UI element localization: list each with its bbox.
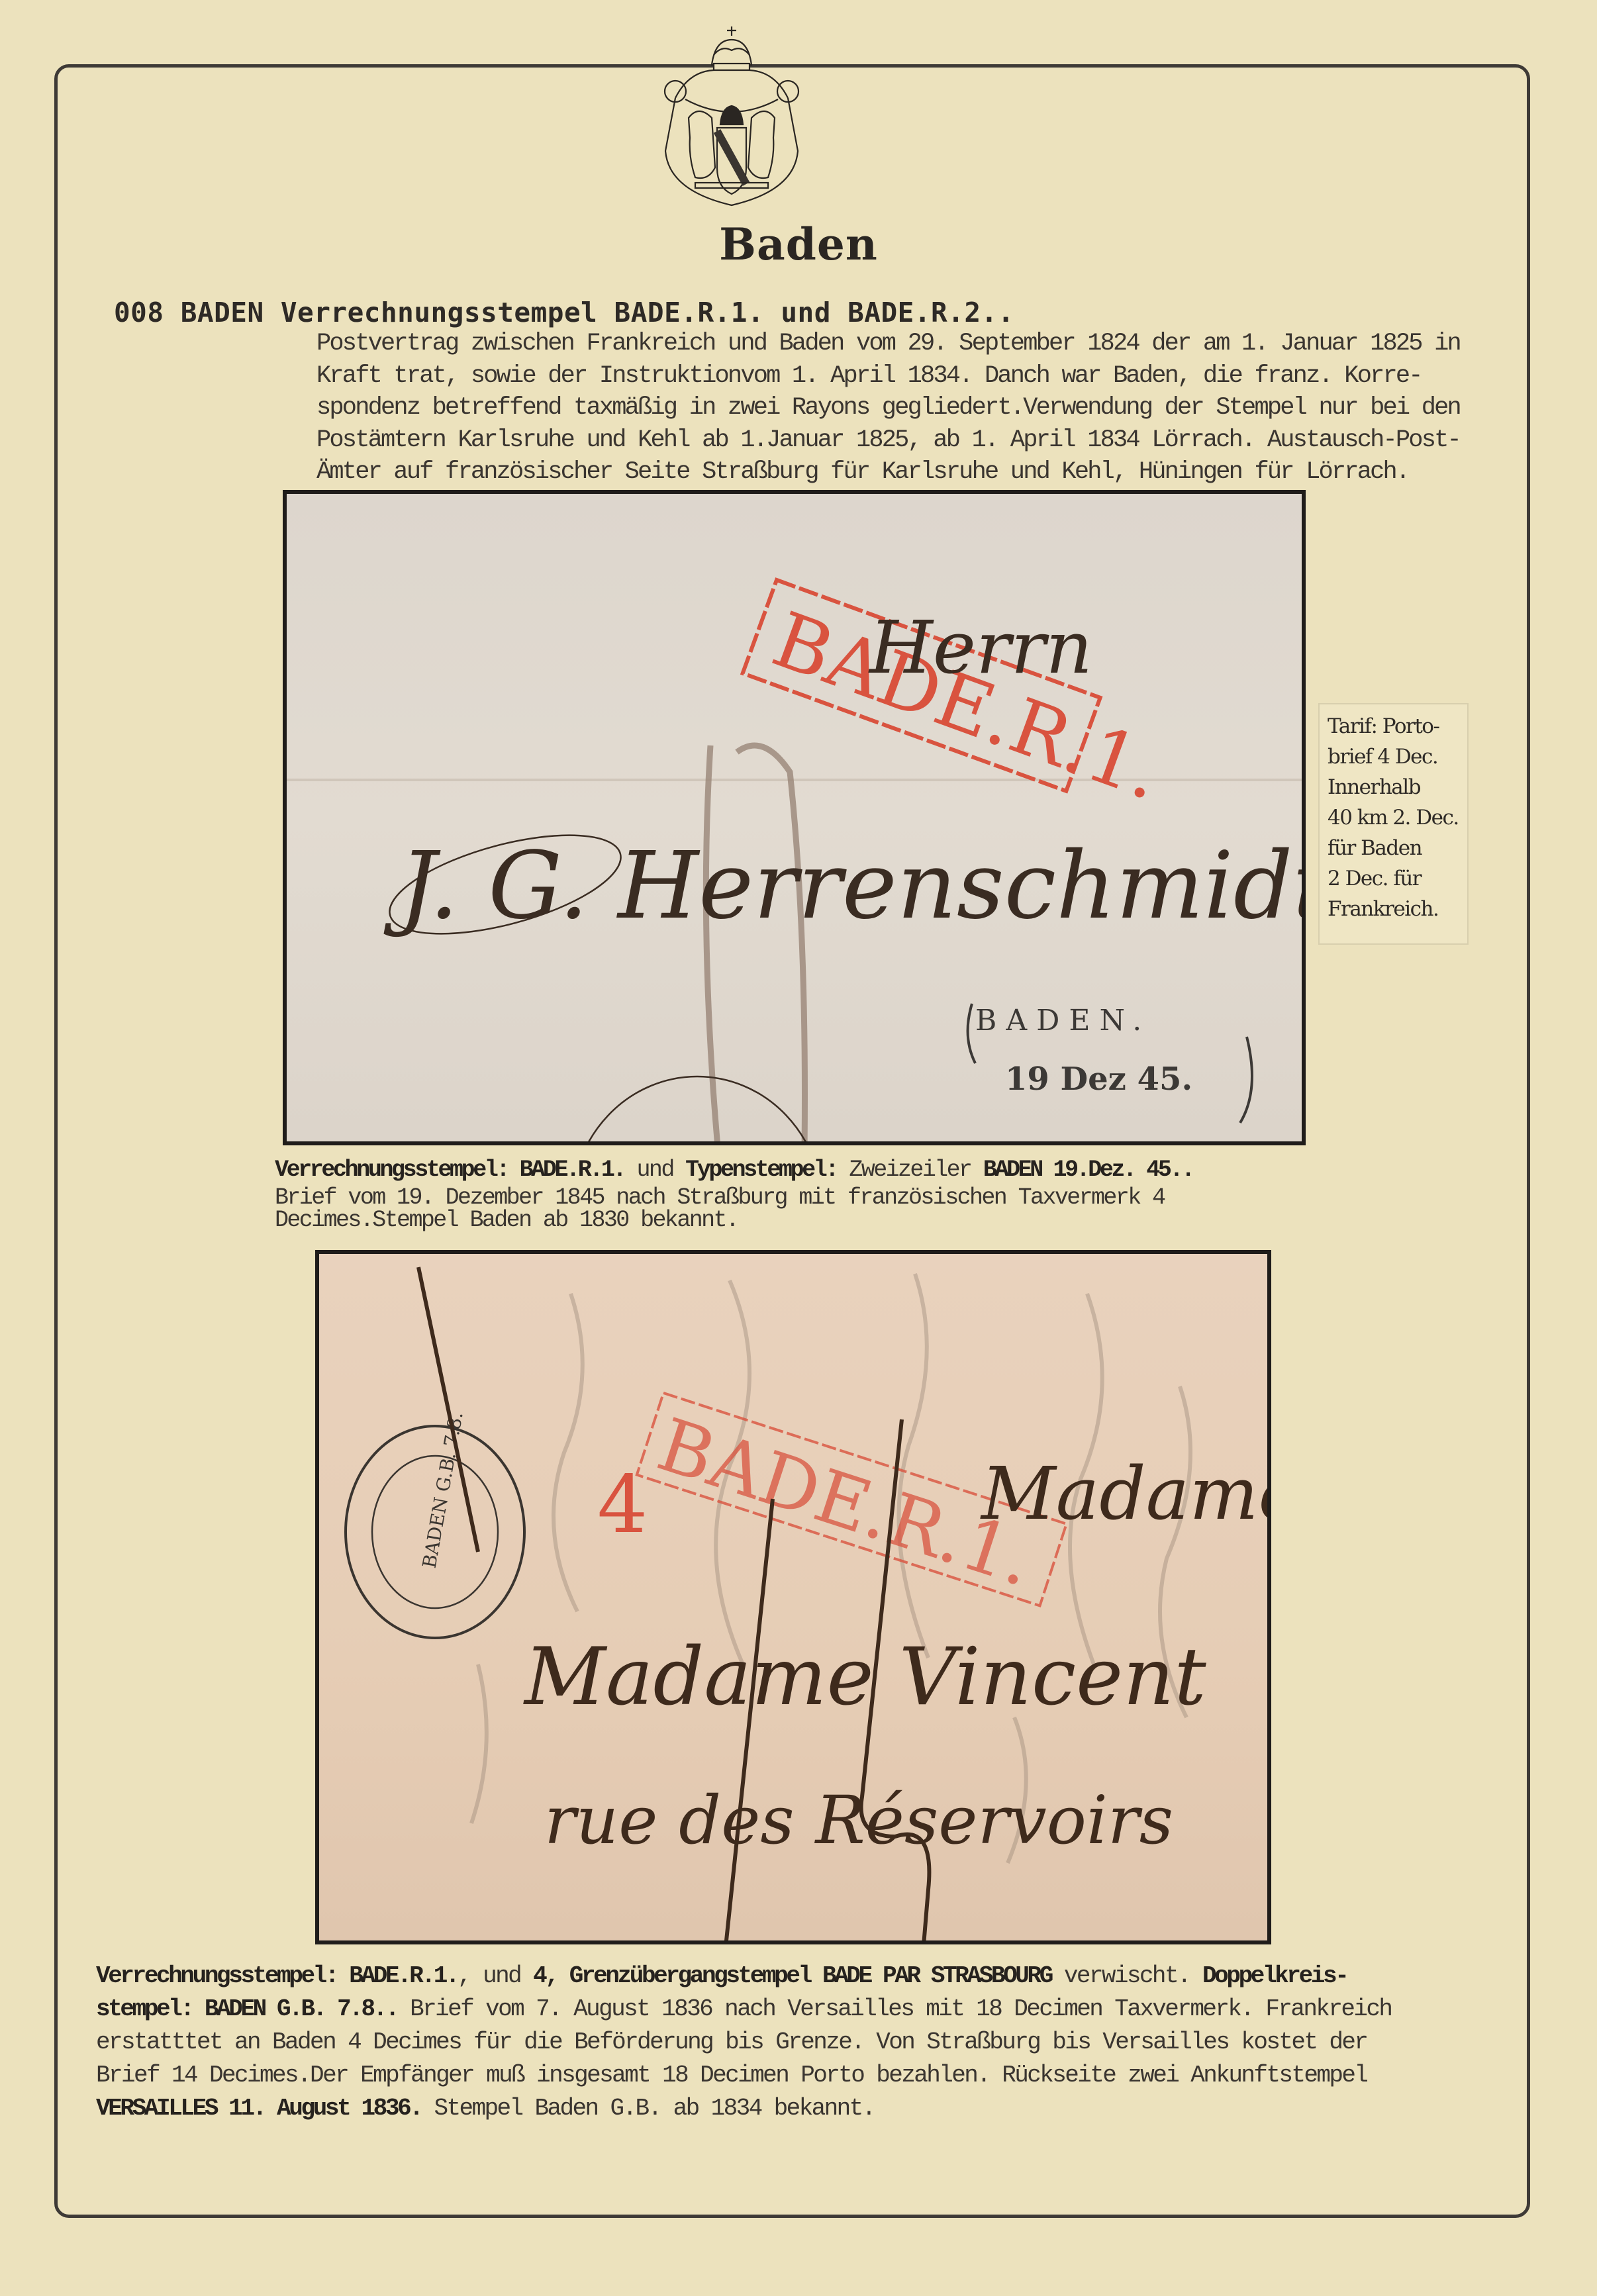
double-circle-date-stamp: BADEN G.B. 7.8. [346, 1410, 524, 1638]
text-run: Brief 14 Decimes.Der Empfänger muß insge… [96, 2062, 1367, 2089]
tarif-line: 2 Dec. für [1328, 863, 1467, 894]
bold-run: VERSAILLES 11. August 1836. [96, 2095, 422, 2122]
letter-2-caption: Verrechnungsstempel: BADE.R.1., und 4, G… [96, 1960, 1506, 2125]
text-run: verwischt. [1051, 1962, 1202, 1989]
intro-line: spondenz betreffend taxmäßig in zwei Ray… [316, 392, 1508, 424]
text-run: Stempel Baden G.B. ab 1834 bekannt. [422, 2095, 875, 2122]
text-run: und [624, 1157, 685, 1183]
cover-letter-1: BADE.R.1. BADEN. 19 Dez 45. Herrn J. G. … [283, 490, 1306, 1145]
cover-letter-2: BADEN G.B. 7.8. 4 BADE.R.1. Madame Madam… [315, 1250, 1271, 1944]
caption-line: Brief 14 Decimes.Der Empfänger muß insge… [96, 2059, 1506, 2092]
letter-1-caption: Verrechnungsstempel: BADE.R.1. und Typen… [275, 1159, 1467, 1231]
letter-1-markings: BADE.R.1. BADEN. 19 Dez 45. Herrn J. G. … [287, 494, 1302, 1141]
svg-text:Herrn: Herrn [868, 605, 1092, 690]
intro-line: Postämtern Karlsruhe und Kehl ab 1.Janua… [316, 424, 1508, 457]
text-run: , und [458, 1962, 533, 1989]
bold-run: Doppelkreis- [1202, 1962, 1347, 1989]
bold-run: BADEN 19.Dez. 45.. [983, 1157, 1193, 1183]
baden-coat-of-arms-icon [649, 25, 814, 217]
svg-text:19 Dez 45.: 19 Dez 45. [1005, 1061, 1192, 1098]
svg-text:a Versailles: a Versailles [531, 1935, 953, 1940]
text-run: erstatttet an Baden 4 Decimes für die Be… [96, 2029, 1367, 2056]
tarif-line: für Baden [1328, 833, 1467, 863]
tarif-line: brief 4 Dec. [1328, 741, 1467, 772]
caption-line: Decimes.Stempel Baden ab 1830 bekannt. [275, 1209, 1467, 1231]
bold-run: 4, Grenzübergangstempel BADE PAR STRASBO… [533, 1962, 1051, 1989]
tarif-line: Innerhalb [1328, 772, 1467, 802]
bold-run: Verrechnungsstempel: BADE.R.1. [275, 1157, 624, 1183]
bold-run: Typenstempel: [685, 1157, 837, 1183]
caption-line: Verrechnungsstempel: BADE.R.1., und 4, G… [96, 1960, 1506, 1993]
svg-text:rue des Réservoirs: rue des Réservoirs [544, 1782, 1173, 1859]
bold-run: Verrechnungsstempel: BADE.R.1. [96, 1962, 458, 1989]
caption-line: Verrechnungsstempel: BADE.R.1. und Typen… [275, 1159, 1467, 1181]
tarif-line: 40 km 2. Dec. [1328, 802, 1467, 833]
svg-text:J. G. Herrenschmidt: J. G. Herrenschmidt [383, 832, 1302, 940]
text-run: Brief vom 7. August 1836 nach Versailles… [397, 1995, 1391, 2023]
svg-text:BADEN.: BADEN. [975, 1004, 1151, 1037]
intro-text: Postvertrag zwischen Frankreich und Bade… [316, 328, 1508, 489]
black-date-stamp: BADEN. 19 Dez 45. [968, 1004, 1252, 1123]
intro-line: Ämter auf französischer Seite Straßburg … [316, 456, 1508, 489]
tarif-line: Tarif: Porto- [1328, 711, 1467, 741]
svg-text:Madame Vincent: Madame Vincent [523, 1631, 1206, 1723]
page-title: Baden [0, 218, 1597, 270]
text-run: Zweizeiler [837, 1157, 983, 1183]
caption-line: stempel: BADEN G.B. 7.8.. Brief vom 7. A… [96, 1993, 1506, 2026]
svg-text:Madame: Madame [980, 1451, 1267, 1536]
bold-run: stempel: BADEN G.B. 7.8.. [96, 1995, 397, 2023]
caption-line: VERSAILLES 11. August 1836. Stempel Bade… [96, 2092, 1506, 2125]
tarif-note: Tarif: Porto- brief 4 Dec. Innerhalb 40 … [1318, 703, 1469, 945]
caption-line: Brief vom 19. Dezember 1845 nach Straßbu… [275, 1186, 1467, 1209]
svg-text:BADEN G.B. 7.8.: BADEN G.B. 7.8. [418, 1410, 467, 1570]
svg-text:4: 4 [597, 1459, 648, 1551]
section-heading: 008 BADEN Verrechnungsstempel BADE.R.1. … [114, 297, 1014, 328]
intro-line: Postvertrag zwischen Frankreich und Bade… [316, 328, 1508, 360]
letter-2-markings: BADEN G.B. 7.8. 4 BADE.R.1. Madame Madam… [319, 1254, 1267, 1940]
caption-line: erstatttet an Baden 4 Decimes für die Be… [96, 2026, 1506, 2059]
intro-line: Kraft trat, sowie der Instruktionvom 1. … [316, 360, 1508, 393]
tarif-line: Frankreich. [1328, 894, 1467, 924]
